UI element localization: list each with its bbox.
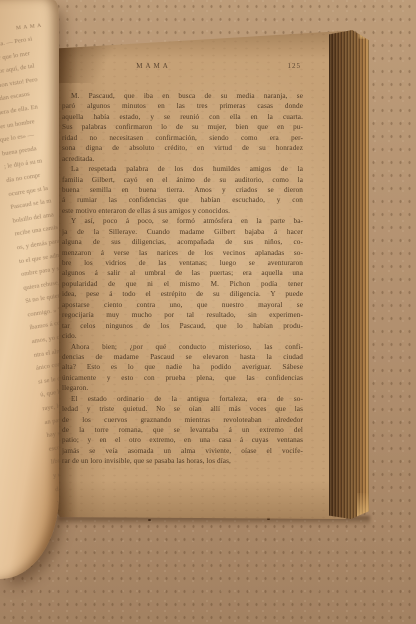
text-line: apostarse ciento contra uno, que nuestro… xyxy=(62,300,303,310)
text-line: sona digna de absoluto crédito, en virtu… xyxy=(62,143,303,153)
text-line: Sus palabras confirmaron lo de su mujer,… xyxy=(62,122,303,132)
text-line: idea, pese á todo el estrépito de su dil… xyxy=(62,289,303,299)
right-page: MAMA 125 M. Pascaud, que iba en busca de… xyxy=(54,31,346,519)
text-line: de los cuervos graznando mientras revolo… xyxy=(62,415,303,425)
fore-edge-page-block xyxy=(329,30,369,519)
text-line: aquella había estado, y se reunió con el… xyxy=(62,112,303,122)
text-line: paró algunos minutos en las tres primera… xyxy=(62,101,303,111)
text-line: algunos á salir al umbral de las puertas… xyxy=(62,268,303,278)
text-line: de la torre romana, que se levantaba á u… xyxy=(62,425,303,435)
page-number: 125 xyxy=(288,62,302,70)
text-line: La respetada palabra de los dos humildes… xyxy=(62,164,303,174)
text-line: ja de la Silleraye. Cuando madame Gilber… xyxy=(62,227,303,237)
running-head: MAMA 125 xyxy=(62,62,303,74)
text-line: á rumiar las confidencias que habían esc… xyxy=(62,195,303,205)
text-line: este motivo enteraron de ellas á sus ami… xyxy=(62,206,303,216)
text-line: llegaron. xyxy=(62,383,303,393)
text-line: regocijaría muy mucho por tal resultado,… xyxy=(62,310,303,320)
text-line: rar de un loro invisible, que se pasaba … xyxy=(62,456,303,466)
gutter-top-shadow xyxy=(54,31,124,83)
book-photo: MAMA 125 M. Pascaud, que iba en busca de… xyxy=(0,0,416,624)
text-line: dencias de madame Pascaud se elevaron ha… xyxy=(62,352,303,362)
text-line: acreditada. xyxy=(62,154,303,164)
page-lines: M. Pascaud, que iba en busca de su media… xyxy=(62,91,303,467)
fore-edge-top-corner xyxy=(358,32,367,39)
text-line: ridad no necesitasen confirmación, siend… xyxy=(62,133,303,143)
text-line: cido. xyxy=(62,331,303,341)
text-line: jamás se veía asomada un alma viviente, … xyxy=(62,446,303,456)
left-page: MAMA odestia. — Pero sirador que lo mera… xyxy=(0,0,59,579)
text-line: familia Gilbert, cayó en el ánimo de su … xyxy=(62,175,303,185)
text-line: patio; y en el otro extremo, en una casa… xyxy=(62,435,303,445)
text-line: M. Pascaud, que iba en busca de su media… xyxy=(62,91,303,101)
speck xyxy=(148,519,151,521)
text-line: alta? Esto es lo que nadie ha podido ave… xyxy=(62,362,303,372)
left-page-fragments: odestia. — Pero sirador que lo merar por… xyxy=(0,23,59,510)
text-line: ledad y triste quietud. No se oían allí … xyxy=(62,404,303,414)
text-line: únicamente y esto con prueba plena, que … xyxy=(62,373,303,383)
text-line: menzaron á verse las narices de los veci… xyxy=(62,248,303,258)
text-line: buena semilla en buena tierra. Amos y cr… xyxy=(62,185,303,195)
page-title: MAMA xyxy=(62,62,245,70)
text-line: Ahora bien; ¿por qué conducto misterioso… xyxy=(62,342,303,352)
text-line: alguna de sus diligencias, acompañada de… xyxy=(62,237,303,247)
text-line: popularidad de que ni el mismo M. Pichon… xyxy=(62,279,303,289)
text-line: Y así, poco á poco, se formó atmósfera e… xyxy=(62,216,303,226)
text-line: El estado ordinario de la antigua fortal… xyxy=(62,394,303,404)
text-line: tar celos ningunos de los Pascaud, que l… xyxy=(62,321,303,331)
text-line: bre los vidrios de las ventanas; luego s… xyxy=(62,258,303,268)
